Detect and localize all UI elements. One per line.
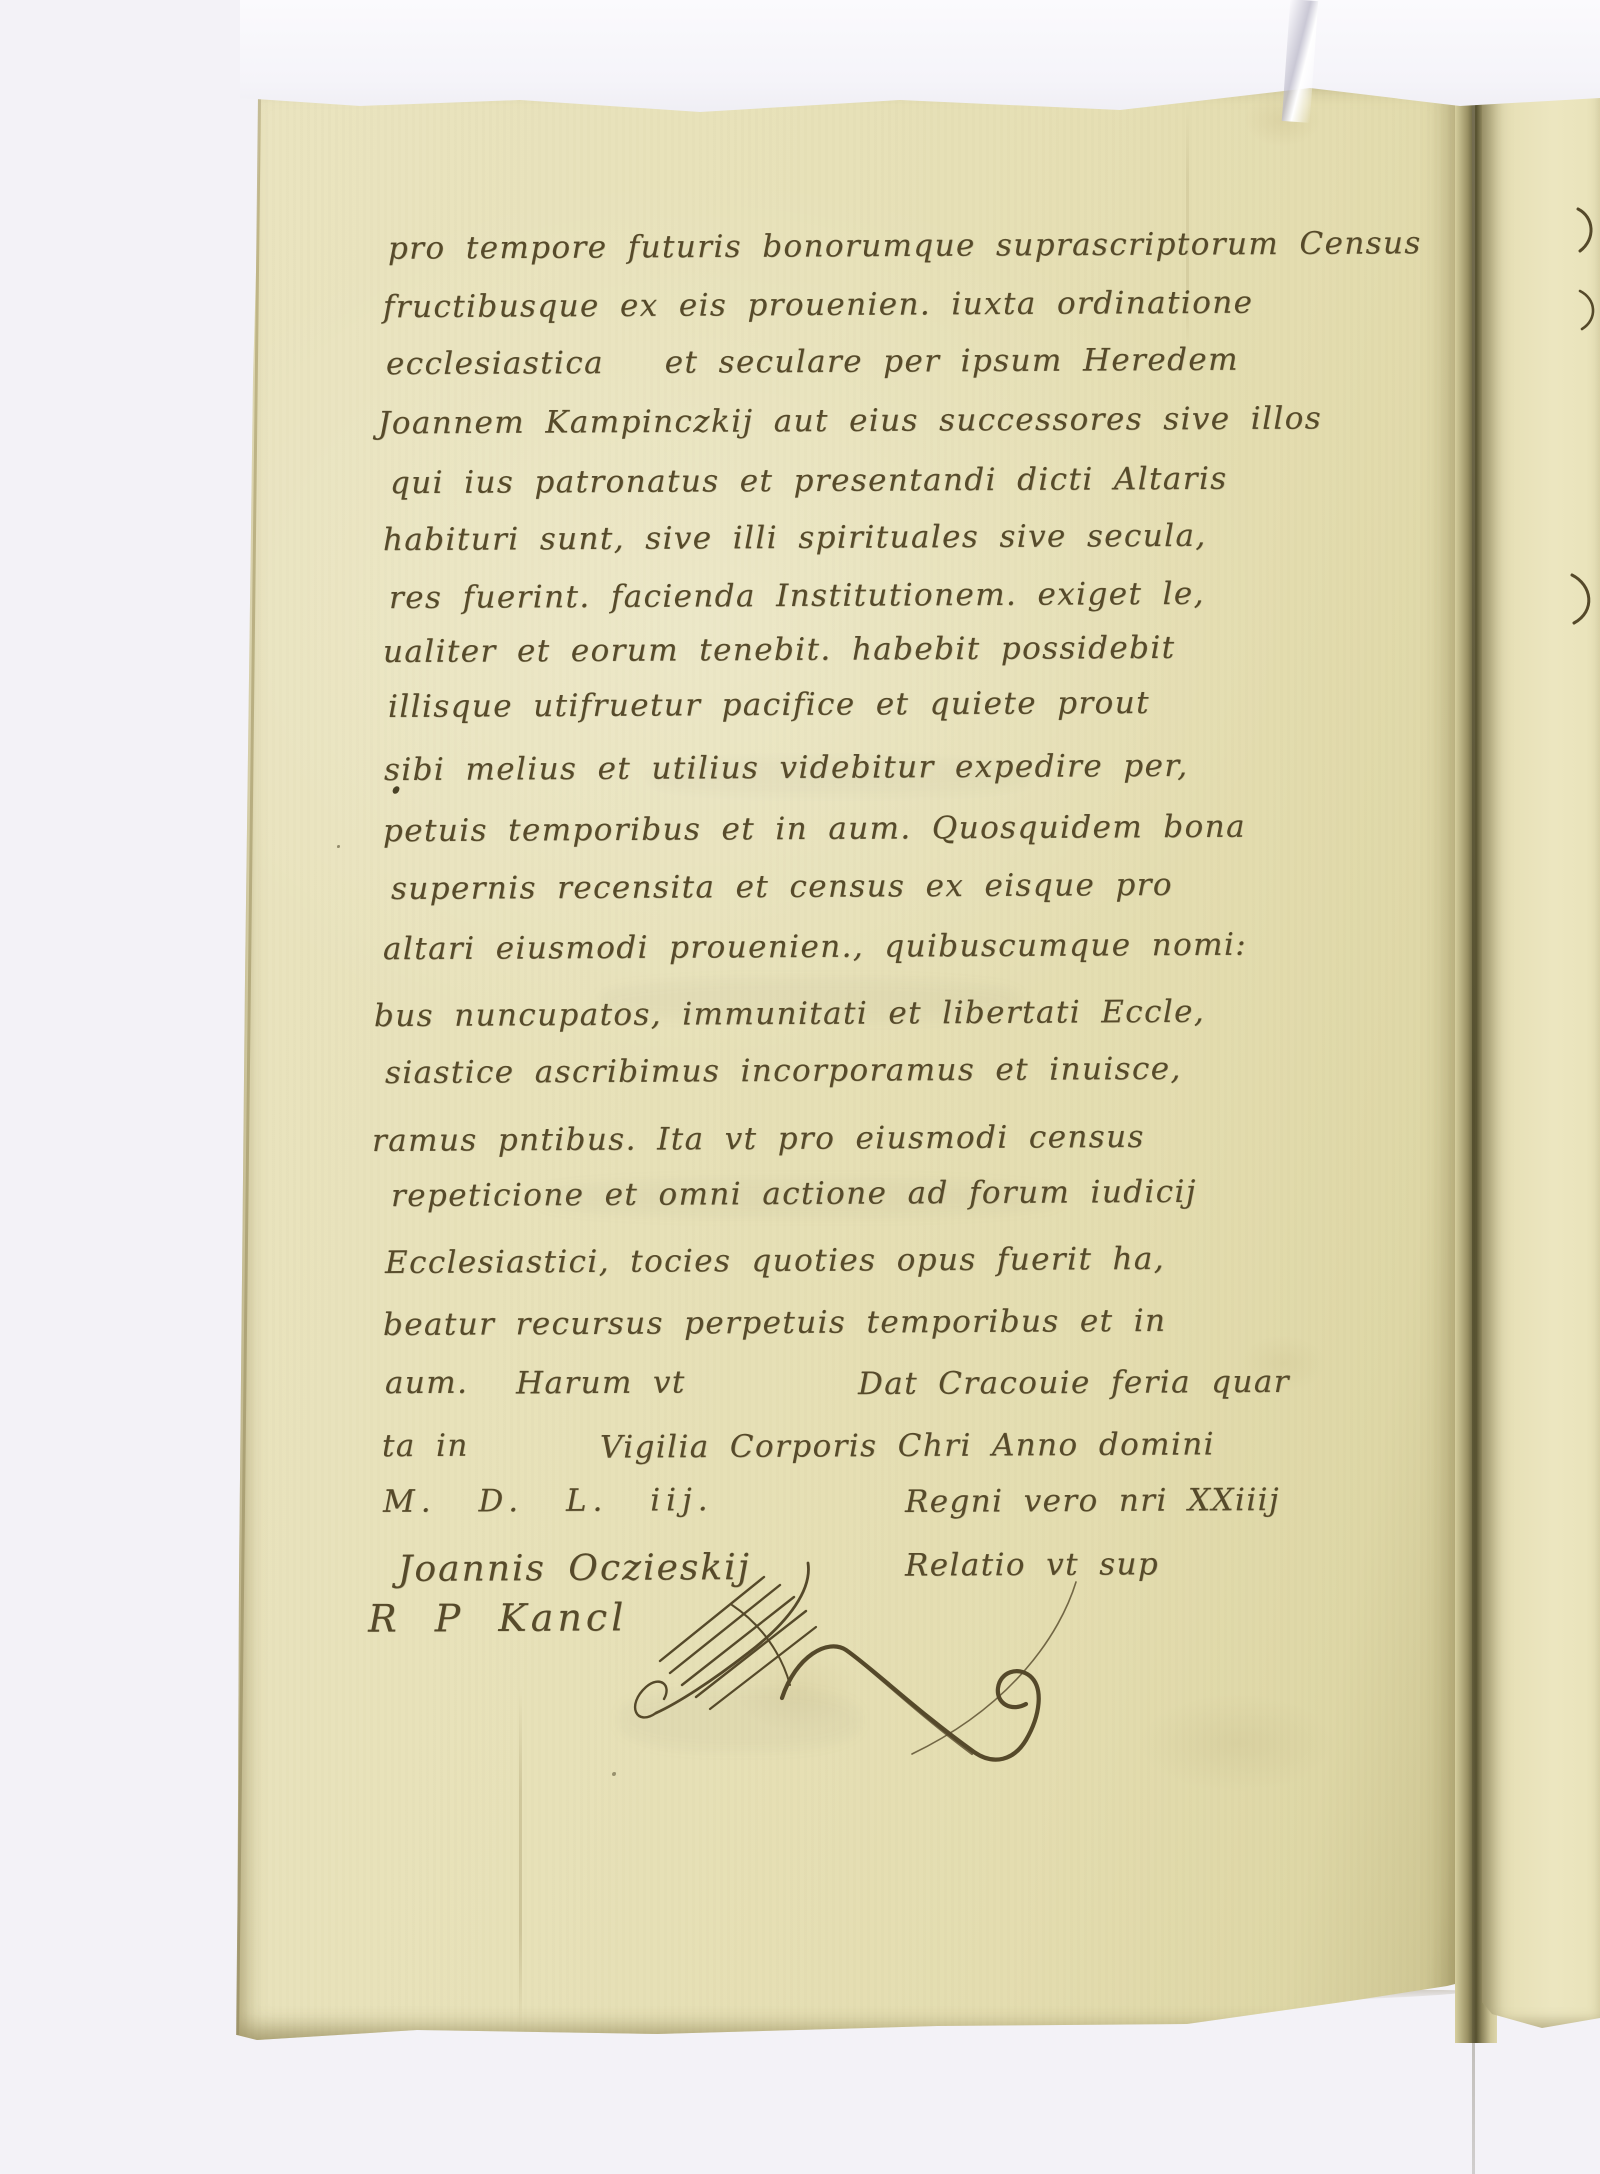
manuscript-line: repeticione et omni actione ad forum iud… xyxy=(391,1177,1197,1212)
ink-speck xyxy=(612,1772,616,1776)
relatio-descender-stroke-icon xyxy=(892,1572,1102,1772)
dateline-segment: aum. xyxy=(385,1368,468,1399)
dateline-segment: Dat Cracouie feria quar xyxy=(858,1367,1290,1400)
chancellor-office: R P Kancl xyxy=(368,1598,627,1637)
ink-speck xyxy=(337,845,340,848)
manuscript-line: altari eiusmodi prouenien., quibuscumque… xyxy=(383,930,1247,966)
manuscript-line: res fuerint. facienda Institutionem. exi… xyxy=(389,579,1205,614)
manuscript-line: ecclesiastica et seculare per ipsum Here… xyxy=(386,345,1239,380)
dateline-segment: ta in xyxy=(382,1431,469,1462)
manuscript-line: supernis recensita et census ex eisque p… xyxy=(391,870,1173,905)
manuscript-line: ualiter et eorum tenebit. habebit possid… xyxy=(383,633,1176,668)
manuscript-line: siastice ascribimus incorporamus et inui… xyxy=(385,1054,1182,1089)
photographed-manuscript: pro tempore futuris bonorumque suprascri… xyxy=(0,0,1600,2174)
dateline-segment: Vigilia Corporis Chri Anno domini xyxy=(600,1429,1215,1463)
manuscript-line: bus nuncupatos, immunitati et libertati … xyxy=(374,997,1205,1032)
manuscript-line: qui ius patronatus et presentandi dicti … xyxy=(390,464,1228,499)
manuscript-text-block: pro tempore futuris bonorumque suprascri… xyxy=(0,0,1600,2174)
manuscript-line: habituri sunt, sive illi spirituales siv… xyxy=(383,521,1207,556)
interleaf-tissue xyxy=(240,0,1600,114)
manuscript-line: fructibusque ex eis prouenien. iuxta ord… xyxy=(383,288,1254,324)
manuscript-line: illisque utifruetur pacifice et quiete p… xyxy=(388,688,1150,723)
manuscript-line: petuis temporibus et in aum. Quosquidem … xyxy=(383,812,1246,848)
dateline-regnal-year: Regni vero nri XXiiij xyxy=(905,1485,1280,1518)
dateline-year: M. D. L. iij. xyxy=(383,1485,714,1518)
manuscript-line: pro tempore futuris bonorumque suprascri… xyxy=(388,228,1422,264)
dateline-segment: Harum vt xyxy=(516,1368,686,1400)
manuscript-line: ramus pntibus. Ita vt pro eiusmodi censu… xyxy=(372,1122,1145,1157)
manuscript-line: beatur recursus perpetuis temporibus et … xyxy=(383,1306,1167,1341)
manuscript-line: Joannem Kampinczkij aut eius successores… xyxy=(378,404,1322,440)
manuscript-line: Ecclesiastici, tocies quoties opus fueri… xyxy=(385,1244,1165,1279)
manuscript-line: sibi melius et utilius videbitur expedir… xyxy=(384,751,1189,786)
